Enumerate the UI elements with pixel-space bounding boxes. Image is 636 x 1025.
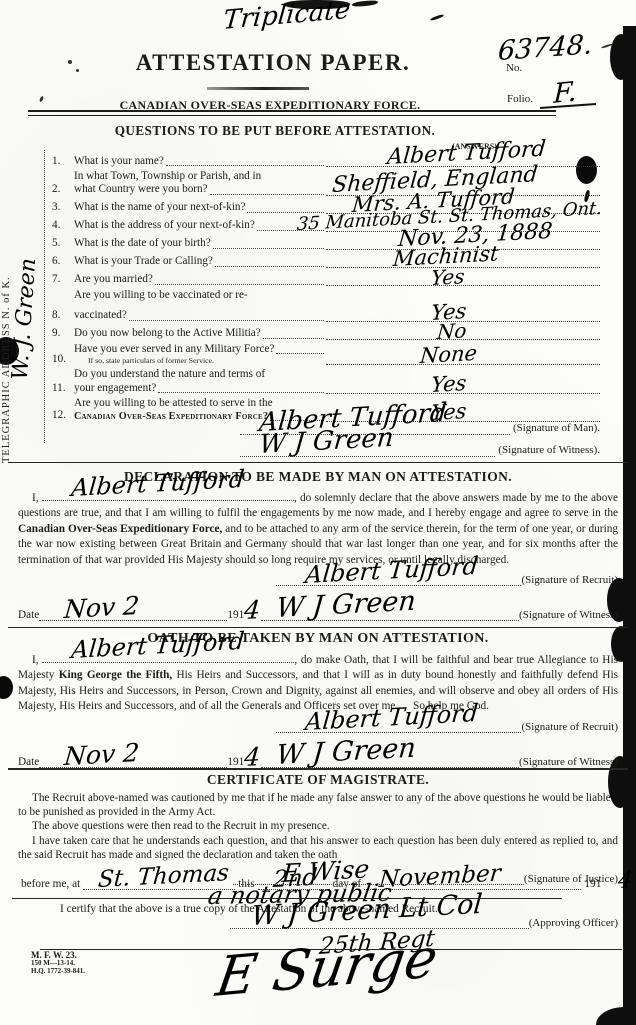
answer-handwriting: Yes [430,264,466,290]
question-number: 10. [52,353,74,366]
question-text: What is the date of your birth? [74,237,326,250]
attestation-paper-page: Triplicate ATTESTATION PAPER. No. 63748.… [0,0,636,1025]
question-line-last: Are you married? [74,273,153,286]
corner-note-handwriting: Triplicate [222,0,351,36]
dotted-leader [215,266,324,267]
dotted-leader [276,353,324,354]
signature-of-witness-label: (Signature of Witness) [519,609,618,621]
oath-body-bold: King George the Fifth, [59,669,173,681]
question-row: 6. What is your Trade or Calling? Machin… [52,253,600,269]
questions-list: 1. What is your name? Albert Tufford 2. … [52,152,600,425]
header-double-rule [28,110,556,116]
answer-handwriting: No [436,318,468,344]
question-line-1: Are you willing to be vaccinated or re- [74,289,326,302]
magistrate-heading: CERTIFICATE OF MAGISTRATE. [18,772,618,788]
form-code: H.Q. 1772-39-841. [31,968,85,976]
witness-signature-handwriting: W J Green [275,732,417,770]
signature-of-justice-label: (Signature of Justice) [524,873,618,885]
witness-signature-line: W J Green [261,605,519,621]
oath-paragraph: I, Albert Tufford, do make Oath, that I … [18,650,618,715]
declaration-section: DECLARATION TO BE MADE BY MAN ON ATTESTA… [18,469,618,621]
question-number: 7. [52,273,74,286]
question-number: 11. [52,382,74,395]
dotted-leader [166,165,324,166]
year-handwriting: 4 [243,595,261,625]
signature-line: W J Green [240,441,495,457]
folio-label: Folio. [507,93,533,107]
question-line-last: what Country were you born? [74,183,208,196]
witness-signature-line: W J Green [261,752,519,768]
question-line-last: vaccinated? [74,309,127,322]
question-number: 3. [52,201,74,214]
date-row: Date Nov 2 1914 W J Green (Signature of … [18,739,618,768]
scan-speck [39,96,44,103]
oath-section: OATH TO BE TAKEN BY MAN ON ATTESTATION. … [18,631,618,768]
dotted-leader [129,320,324,321]
signature-of-man-label: (Signature of Man). [510,422,600,435]
title-underline [207,87,309,90]
form-codes: M. F. W. 23. 150 M—13-14. H.Q. 1772-39-8… [31,950,85,976]
question-text: What is the name of your next-of-kin? [74,201,326,214]
question-number: 2. [52,183,74,196]
question-row: 11. Do you understand the nature and ter… [52,368,600,395]
signature-of-recruit-label: (Signature of Recruit) [521,574,618,586]
question-row: 2. In what Town, Township or Parish, and… [52,170,600,197]
date-handwriting: Nov 2 [63,591,140,624]
question-number: 4. [52,219,74,232]
question-text: What is your name? [74,155,326,168]
name-fill-line: Albert Tufford [42,650,294,663]
dotted-leader [210,194,324,195]
question-line-last: your engagement? [74,382,156,395]
date-row: Date Nov 2 1914 W J Green (Signature of … [18,592,618,621]
recruit-signature-row: Albert Tufford (Signature of Recruit) [18,716,618,733]
section-divider [8,627,628,628]
answer-line: Yes [326,271,600,286]
signature-of-witness-row: W J Green (Signature of Witness). [240,441,600,457]
question-line-1: Do you understand the nature and terms o… [74,368,326,381]
question-line-last: What is the address of your next-of-kin? [74,219,255,232]
scan-speck [76,69,79,72]
answer-line: Yes [326,379,600,394]
question-number: 5. [52,237,74,250]
hole-punch [0,676,13,699]
answer-handwriting: None [419,341,478,369]
question-row: 5. What is the date of your birth? Nov. … [52,235,600,251]
signature-of-witness-label: (Signature of Witness) [519,756,618,768]
lead-in: I, [32,492,39,504]
signature-line: Albert Tufford [276,716,521,733]
question-text: Do you understand the nature and terms o… [74,368,326,395]
signature-of-witness-label: (Signature of Witness). [495,444,600,457]
year-printed: 191 [227,756,244,768]
no-value-handwriting: 63748. [497,29,593,67]
declaration-paragraph: I, Albert Tufford, do solemnly declare t… [18,488,618,568]
date-line: Nov 2 [39,752,227,768]
page-title: ATTESTATION PAPER. [118,50,428,76]
scan-smudge [430,14,444,22]
witness-signature-handwriting: W J Green [275,586,417,624]
vertical-dotted-line [44,150,45,443]
approving-officer-label: (Approving Officer) [529,917,618,929]
magistrate-paragraph-1: The Recruit above-named was cautioned by… [18,791,618,819]
question-text: What is the address of your next-of-kin? [74,219,326,232]
question-note: If so, state particulars of former Servi… [88,356,326,366]
signature-of-recruit-label: (Signature of Recruit) [521,721,618,733]
scan-speck [68,60,72,64]
lead-in: I, [32,654,39,666]
signature-line: W J Green Lt Col [230,910,529,929]
question-line-last: What is your Trade or Calling? [74,255,213,268]
date-label: Date [18,756,39,768]
answer-handwriting: Yes [430,371,467,398]
date-line: Nov 2 [39,605,227,621]
section-divider [8,462,628,463]
question-number: 6. [52,255,74,268]
date-label: Date [18,609,39,621]
magistrate-paragraph-2: The above questions were then read to th… [18,819,618,833]
dotted-leader [213,248,324,249]
section-divider [12,898,562,899]
question-line-1: In what Town, Township or Parish, and in [74,170,326,183]
question-row: 7. Are you married? Yes [52,271,600,287]
answer-line: Albert Tufford [326,152,600,167]
question-text: In what Town, Township or Parish, and in… [74,170,326,197]
question-line-last: Have you ever served in any Military For… [74,343,274,356]
question-text: Are you willing to be vaccinated or re- … [74,289,326,323]
question-text: What is your Trade or Calling? [74,255,326,268]
date-handwriting: Nov 2 [63,738,140,771]
declaration-body-bold: Canadian Over-Seas Expeditionary Force, [18,523,222,535]
answer-line: None [326,350,600,365]
signature-line: Albert Tufford [276,569,521,586]
question-line-last: What is your name? [74,155,164,168]
scan-smudge [352,0,378,7]
question-number: 9. [52,327,74,340]
vertical-handwriting: W. J. Green [12,258,37,493]
question-row: 9. Do you now belong to the Active Milit… [52,325,600,341]
questions-heading: QUESTIONS TO BE PUT BEFORE ATTESTATION. [60,123,490,139]
question-text: Are you married? [74,273,326,286]
section-divider [8,768,628,770]
question-text: Have you ever served in any Military For… [74,343,326,367]
question-number: 8. [52,309,74,322]
question-row: 8. Are you willing to be vaccinated or r… [52,289,600,323]
year-printed: 191 [227,609,244,621]
year-handwriting: 4 [617,867,634,894]
recruit-signature-row: Albert Tufford (Signature of Recruit) [18,569,618,586]
witness-signature-handwriting: W J Green [258,423,395,460]
dotted-leader [155,284,324,285]
scan-edge-blob [610,34,632,80]
question-line-last: What is the name of your next-of-kin? [74,201,245,214]
name-fill-line: Albert Tufford [42,488,294,501]
dotted-leader [158,392,324,393]
question-line-last: What is the date of your birth? [74,237,211,250]
question-row: 10. Have you ever served in any Military… [52,343,600,367]
dotted-leader [263,338,324,339]
telegraphic-address-label: TELEGRAPHIC ADDRESS N. of K. [1,148,12,463]
question-number: 12. [52,409,74,422]
answer-line: No [326,325,600,340]
question-text: Do you now belong to the Active Militia? [74,327,326,340]
question-number: 1. [52,155,74,168]
question-line-last: Do you now belong to the Active Militia? [74,327,261,340]
